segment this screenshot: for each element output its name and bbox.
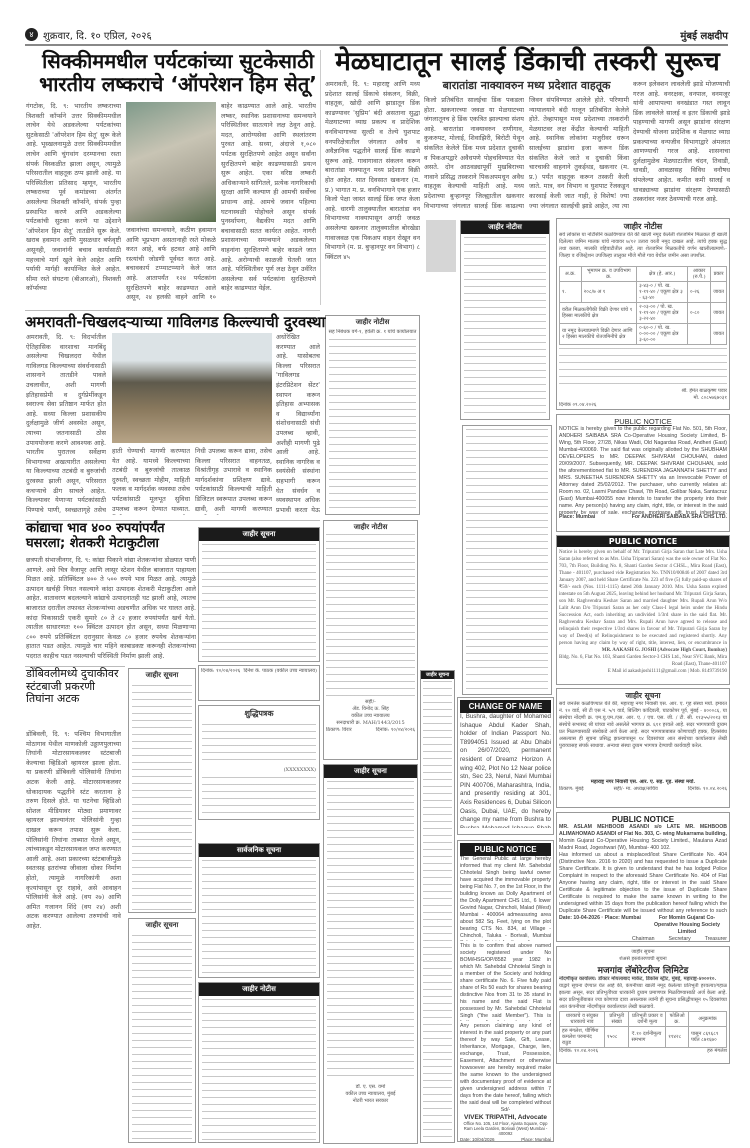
col-header: प्रकार [711,267,727,282]
notice-body-cont [559,348,727,388]
notice-for: For Momin Gujarat Co-Operative Housing S… [647,915,727,936]
notice-body [327,781,414,1081]
sikkim-army-photo [126,102,216,222]
page-number-badge: ४ [25,28,38,41]
cell: १५०८ [605,1027,629,1048]
sikkim-headline-line2: भारतीय लष्कराचे ‘ऑपरेशन हिम सेतू’ [28,73,328,96]
notice-body: सर्व जनतेस कळविण्यात येते की, महाराष्ट्र… [559,701,727,779]
sikkim-headline-line1: सिक्कीममधील पर्यटकांच्या सुटकेसाठी [28,50,328,73]
col-header: प्रतिभूती संख्या [605,1012,629,1027]
notice-change-of-name-box: CHANGE OF NAME I, Bushra, daughter of Mo… [457,697,554,835]
notice-title: PUBLIC NOTICE [557,536,729,547]
table-row: हरु मंगलेश, पौर्णिमा कमलेश परमानंद राठुड… [560,1027,727,1048]
notice-change-of-name [462,425,552,695]
cell: २-०३-०० / पो. ख. १-११-४० / एकूण क्षेत्र … [637,303,688,324]
col-header: प्रतिभूती प्रकार व दर्शनी मूल्य [629,1012,666,1027]
notice-sign: दिनांक: १०/०४/२०२६ दिनेश के. पाठक (वकील … [201,668,317,675]
notice-sarvajanik: सार्वजनिक सूचना [198,843,320,978]
melghat-col4: करून इलेक्शन लावलेली झाडे मोजण्याची गरज … [633,80,730,210]
notice-advocate: MR. AAKASH G. JOSHI (Advocate High Court… [557,647,729,675]
securities-table: धारकाचे व संयुक्त धारकाचे नाव प्रतिभूती … [559,1011,727,1048]
sign-org: नोटरी भारत सरकार [324,1098,417,1105]
notice-title: CHANGE OF NAME [460,700,551,713]
notice-body [132,935,192,1143]
notice-date: Date: 10/04/2026 [460,1136,495,1142]
sign-name: ॲड. विनोद ऊ. सिंह [326,706,415,713]
advocate-sign: सही/- ॲड. विनोद ऊ. सिंह वकील उच्च न्याया… [326,699,415,727]
notice-kicker: जाहीर सूचना [559,949,727,956]
notice-body [202,544,316,662]
melghat-col2: किलो प्रतिबंधित सालईचा डिंक पकडला होता. … [424,96,524,211]
notice-amount: (XXXXXXXX) [199,767,319,774]
notice-title: PUBLIC NOTICE [460,843,551,856]
notice-body [329,339,416,509]
notice-footer: Date: 10/04/2026 Place: Mumbai [460,1136,551,1142]
notice-title: जाहीर नोटीस [199,983,319,996]
amravati-col2: हाती घेण्याची मागणी करण्यात येत आहे. याम… [112,447,190,515]
notice-body [132,685,192,913]
notice-footer: ठिकाण: मुंबई सही/- मा. अध्यक्ष/सचिव दिना… [559,786,727,793]
notice-sign: सही/- मा. अध्यक्ष/सचिव [614,786,658,793]
notice-place: Place: Mumbai [521,1136,551,1142]
notice-title: जाहीर नोटीस [326,523,415,532]
melghat-col1: अमरावती, दि. ९: महाराष्ट्र आणि मध्य प्रद… [325,80,420,310]
notice-date: दिनांक ०९.०४.२०२६ [559,402,727,409]
notice-place: ठिकाण: मुंबई [559,786,584,793]
dombivli-body: डोंबिवली, दि. ९: पश्चिम विभागातील मोठागा… [26,730,121,1140]
advocate-address: Bldg. No. 6, Flat No. 103, Shanti Garden… [559,654,727,668]
col-header: अनुक्रमांक [688,1012,726,1027]
notice-shuddhipatrak: शुद्धिपत्रक (XXXXXXXX) [198,705,320,820]
sign-role: वकील उच्च न्यायालय, मुंबई [324,1091,417,1098]
advocate-office: Office No. 105, 1st Floor, Ajanta Square… [460,1121,551,1136]
cell: जायत [711,324,727,345]
advocate-sign: डॉ. ए. एस. वर्मा वकील उच्च न्यायालय, मुं… [324,1084,417,1105]
advocate-contact: E Mail id aakashjoshi1111@gmail.com | Mo… [559,668,727,675]
notice-signatories: Chairman Secretary Treasurer [559,936,727,942]
advocate-name: VIVEK TRIPATHI, Advocate [460,1114,551,1121]
amravati-col4: अधोरेखित करण्यात आले आहे. यासोबतच किल्ला… [276,333,320,515]
notice-title: PUBLIC NOTICE [559,417,727,426]
sikkim-col3: बाहेर काढण्यात आले आहे. भारतीय लष्कर, स्… [221,102,316,300]
notice-body [423,681,452,1141]
amravati-headline: अमरावती-चिखलदऱ्याच्या गाविलगड किल्ल्याची… [25,314,445,331]
onion-body: छत्रपती संभाजीनगर, दि. ९: कांद्या पिकाने… [26,556,196,661]
notice-signature: श्री. हेमंत बाळकृष्ण पवार मो. ८०८५७६७०३१ [559,388,727,402]
cell: ०-६०-० / पो. ख. ०-००-०० / एकूण क्षेत्र ३… [637,324,688,345]
notice-footer: Place: Mumbai For ANDHERI SAIBABA SRA CH… [559,514,727,521]
notice-title: जाहीर सूचना [559,691,727,701]
notice-small-2: जाहीर सूचना [128,668,196,913]
notice-public-momin: PUBLIC NOTICE MR. ASLAM MEHBOOB ASANDI s… [556,812,730,942]
notice-title: PUBLIC NOTICE [559,815,727,824]
notice-body: याद्वारे सूचना देण्यात येत आहे की, कंपनी… [559,983,727,1011]
notice-dinesh: दिनांक: १०/०४/२०२६ दिनेश के. पाठक (वकील … [198,665,320,701]
notice-body [464,237,546,420]
cell [688,324,711,345]
notice-body [202,999,316,1143]
section-divider [25,310,320,311]
notice-body2: Anyone having any claim, right, title or… [559,880,727,915]
notice-intro: MR. ASLAM MEHBOOB ASANDI s/o LATE MR. ME… [559,824,727,838]
cell: जायत [711,282,727,303]
notice-place: Place: Mumbai [559,514,595,521]
cell: पासून ८६९६८९ पर्यंत ८७१६७० [688,1027,726,1048]
notice-body1: The General Public at large hereby infor… [460,856,551,941]
notice-sign: हरु मंगलेश [707,1048,727,1055]
notice-title: जाहीर सूचना [129,669,195,682]
notice-date: दिनांक: १०.०४.२०२६ [688,786,727,793]
sikkim-col2: जवानांच्या समन्वयाने, कठीण हवामान आणि भू… [126,226,216,301]
notice-pune: जाहीर नोटीस सह निबंधक वर्ग-१, हवेली क्र.… [325,315,420,515]
notice-small-1: जाहीर सूचना [198,527,320,662]
cell: ३-४३-० / पो. ख. १-११-४० / एकूण क्षेत्र ३… [637,282,688,303]
cell: २०८/७ अ १ [581,282,636,303]
sikkim-headline: सिक्कीममधील पर्यटकांच्या सुटकेसाठी भारती… [28,50,328,96]
notice-land-jaher: जाहीर नोटीस सर्व लोकांस या नोटीसीने कळवि… [556,218,730,410]
signatory-secretary: Secretary [669,936,691,942]
cell: जायत [711,303,727,324]
notice-title: जाहीर सूचना [129,919,195,932]
column-divider [320,50,321,305]
notice-body3: Any person claiming any kind of interest… [460,1023,551,1107]
dombivli-headline: डोंबिवलीमध्ये दुचाकीवर स्टंटबाजी प्रकरणी… [26,668,121,706]
notice-footer: ठिकाण: विरार दिनांक: १०/०४/२०२६ [326,727,415,734]
notice-title: जाहीर नोटीस [559,221,727,232]
notice-small-5: जाहीर सूचना [128,918,196,1143]
melghat-headline: मेळघाटातून सालई डिंकाची तस्करी सुरूच [325,48,730,78]
notice-date: दिनांक: १०/०४/२०२६ [376,727,415,734]
cell: ०-२६ [688,282,711,303]
table-row: वरील मिळकतीपैकी विक्री देणार यांचे १ हिस… [560,303,727,324]
notice-mazgaon-labs: जाहीर सूचना शेअर्स हस्तांतरणाची सूचना मज… [556,946,730,1064]
notice-footer: Date: 10-04-2026 · Place: Mumbai For Mom… [559,915,727,936]
sign-name: दिनेश के. पाठक [243,668,273,674]
notice-body: NOTICE is hereby given to the public reg… [559,426,727,514]
cell: १. [560,282,582,303]
notice-public-vivek: PUBLIC NOTICE The General Public at larg… [457,840,554,1142]
cell: ११४२८ [666,1027,689,1048]
col-header: भूमापन क्र. व उपविभाग क्र. [581,267,636,282]
sign-sahi: सही/- [326,699,415,706]
col-header: अ.क्र. [560,267,582,282]
cell: या नमूद केल्याप्रमाणे विक्री देणार आणि २… [560,324,637,345]
sign-reg: सनदाधारी क्र. MAH/1443/2015 [326,720,415,727]
notice-body [326,534,415,699]
col-header: क्षेत्र (हे. आर.) [637,267,688,282]
sign-name: डॉ. ए. एस. वर्मा [324,1084,417,1091]
land-table: अ.क्र. भूमापन क्र. व उपविभाग क्र. क्षेत्… [559,266,727,345]
advocate-name: MR. AAKASH G. JOSHI (Advocate High Court… [559,647,727,654]
signatory: दिनेश के. पाठक (वकील उच्च न्यायालय) [243,668,317,675]
cell: हरु मंगलेश, पौर्णिमा कमलेश परमानंद राठुड [560,1027,605,1048]
notice-society-suchana: जाहीर सूचना सर्व जनतेस कळविण्यात येते की… [556,688,730,808]
notice-small-6: जाहीर नोटीस [198,982,320,1143]
notice-date: दिनांक: १०/०४/२०२६ [201,668,240,675]
notice-vinod: जाहीर नोटीस सही/- ॲड. विनोद ऊ. सिंह वकील… [323,520,418,760]
notice-place: ठिकाण: विरार [326,727,352,734]
notice-small-9: जाहीर सूचना [420,670,455,1143]
melghat-col3: जिवन संपविण्यात आलेले होते. परिणामी न्या… [529,96,629,211]
notice-body1: Has informed us about a misplaced/lost S… [559,852,727,880]
col-header: फोलिओ क्र. [666,1012,689,1027]
notice-body: I, Bushra, daughter of Mohamed Ishaque A… [460,713,551,828]
notice-signatory: For ANDHERI SAIBABA SRA CHS LTD. [632,514,727,521]
col-header: आकार (रु.पै.) [688,267,711,282]
notice-small-7: जाहीर सूचना डॉ. ए. एस. वर्मा वकील उच्च न… [323,764,418,1144]
table-row: १. २०८/७ अ १ ३-४३-० / पो. ख. १-११-४० / ए… [560,282,727,303]
notice-title: सार्वजनिक सूचना [199,844,319,857]
amravati-col3: निधी उपलब्ध करून द्यावा, तसेच किल्ला परि… [195,447,272,515]
signatory-treasurer: Treasurer [705,936,727,942]
sign-role: (वकील उच्च न्यायालय) [275,668,317,674]
notice-place: Place: Mumbai [605,915,641,921]
notice-title: जाहीर सूचना [199,528,319,541]
col-header: धारकाचे व संयुक्त धारकाचे नाव [560,1012,605,1027]
notice-public-andheri: PUBLIC NOTICE NOTICE is hereby given to … [556,414,730,532]
page-header: ४ शुक्रवार, दि. १० एप्रिल, २०२६ मुंबई लक… [25,28,728,46]
signature-name: श्री. हेमंत बाळकृष्ण पवार [559,388,727,395]
issue-date: शुक्रवार, दि. १० एप्रिल, २०२६ [43,28,152,42]
signature-phone: मो. ८०८५७६७०३१ [559,395,727,402]
notice-date: Date: 10-04-2026 [559,915,600,921]
onion-headline: कांद्याचा भाव ४०० रुपयांपर्यंत घसरला; शे… [26,522,196,552]
notice-society-name: महाराष्ट्र नगर निवासी एस. आर. ए. सह. गृह… [559,779,727,786]
notice-title: शुद्धिपत्रक [199,706,319,721]
notice-public-thane: PUBLIC NOTICE Notice is hereby given on … [556,535,730,685]
sikkim-col1: गंगटोक, दि. ९: भारतीय लष्कराच्या त्रिशक्… [26,102,121,300]
notice-body-cont [202,777,316,819]
notice-date: दिनांक: १०.०४.२०२६ [559,1048,598,1055]
melghat-subhead: बारातांडा नाक्यावरुन मध्य प्रदेशात वाहतू… [424,80,629,93]
notice-footer: दिनांक: १०.०४.२०२६ हरु मंगलेश [559,1048,727,1055]
notice-society-jaher: जाहीर नोटीस [460,220,550,420]
notice-office: नोंदणीकृत कार्यालय: डॉक्टर मोयलाबाद मार्… [559,976,727,983]
notice-body: Notice is hereby given on behalf of Mr. … [557,547,729,647]
onion-headline-line1: कांद्याचा भाव ४०० रुपयांपर्यंत [26,522,196,537]
cell: वरील मिळकतीपैकी विक्री देणार यांचे १ हिस… [560,303,637,324]
notice-title: जाहीर सूचना [324,765,417,778]
notice-body [202,724,316,764]
ad-placeholder-box [426,220,456,272]
notice-title: जाहीर नोटीस [461,221,549,234]
edition-name: मुंबई लक्षदीप [680,28,728,42]
sign-role: वकील उच्च न्यायालय [326,713,415,720]
cell: ₹.१० दर्शनीमूल्य समभाग [629,1027,666,1048]
amravati-col1: अमरावती, दि. ९: विदर्भातील ऐतिहासिक वारश… [26,333,106,515]
notice-body: सर्व लोकांस या नोटीसीने कळविण्यात येते क… [559,232,727,266]
table-row: या नमूद केल्याप्रमाणे विक्री देणार आणि २… [560,324,727,345]
signatory-chairman: Chairman [632,936,655,942]
notice-sub: शेअर्स हस्तांतरणाची सूचना [559,956,727,963]
gavilgad-fort-photo [112,333,272,443]
notice-body-top [466,429,548,689]
notice-title: जाहीर सूचना [421,671,454,679]
notice-society: Momin Gujarat Co-Operative Housing Socie… [559,838,727,852]
notice-sd: Sd/- [460,1107,551,1114]
notice-title: मजगांव लॅबोरेटरीज लिमिटेड [559,963,727,976]
cell: ०-८० [688,303,711,324]
notice-body2: This is to confirm that above named soci… [460,943,551,1021]
notice-date-place: Date: 10-04-2026 · Place: Mumbai [559,915,641,936]
notice-body [202,860,316,978]
onion-headline-line2: घसरला; शेतकरी मेटाकुटीला [26,537,196,552]
